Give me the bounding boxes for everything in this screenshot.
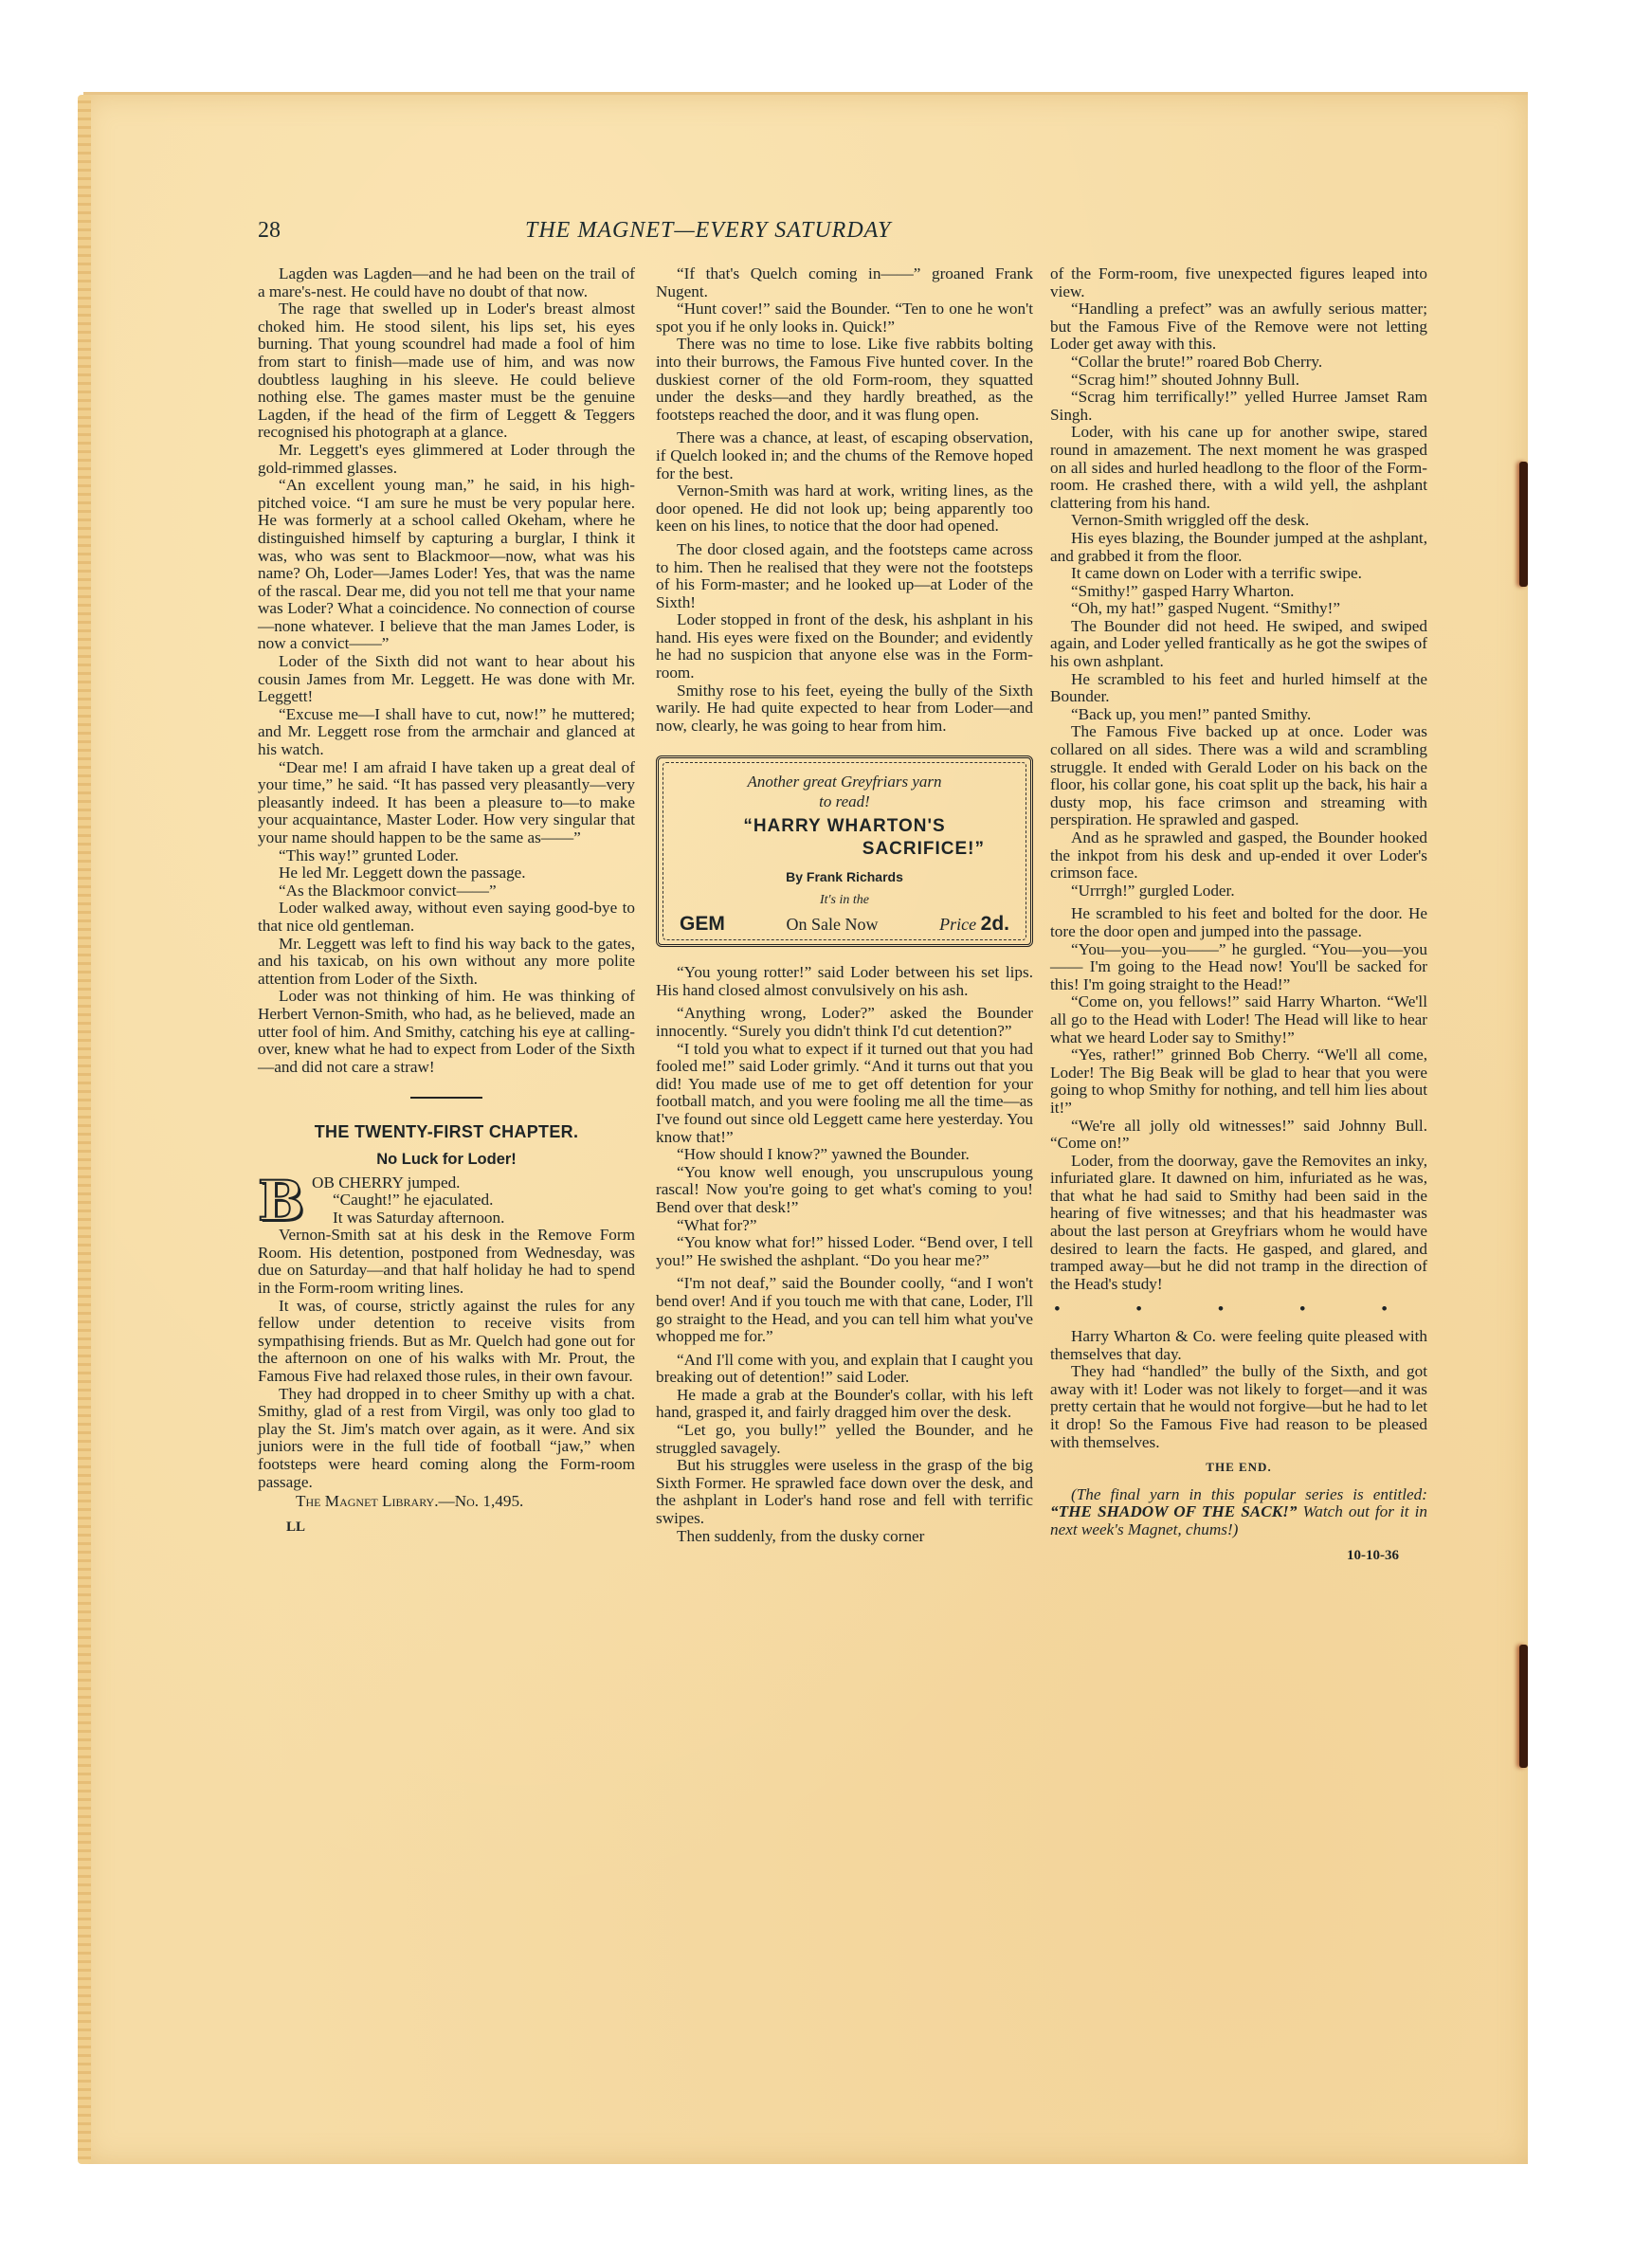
- page-header: 28 THE MAGNET—EVERY SATURDAY: [258, 218, 1429, 246]
- next-week-note: (The final yarn in this popular series i…: [1050, 1486, 1427, 1539]
- paragraph: of the Form-room, five unexpected figure…: [1050, 265, 1427, 300]
- paragraph: “Back up, you men!” panted Smithy.: [1050, 706, 1427, 724]
- paragraph: “If that's Quelch coming in——” groaned F…: [656, 265, 1033, 300]
- paragraph: The rage that swelled up in Loder's brea…: [258, 300, 635, 442]
- paragraph: “Caught!” he ejaculated.: [258, 1192, 635, 1210]
- paragraph: Smithy rose to his feet, eyeing the bull…: [656, 682, 1033, 736]
- paragraph: “Oh, my hat!” gasped Nugent. “Smithy!”: [1050, 600, 1427, 618]
- paragraph: They had dropped in to cheer Smithy up w…: [258, 1386, 635, 1492]
- paragraph: “Come on, you fellows!” said Harry Whart…: [1050, 993, 1427, 1046]
- paragraph: “You know well enough, you unscrupulous …: [656, 1164, 1033, 1217]
- paragraph: “An excellent young man,” he said, in hi…: [258, 477, 635, 653]
- paragraph: Mr. Leggett's eyes glimmered at Loder th…: [258, 442, 635, 477]
- paragraph: Loder walked away, without even saying g…: [258, 900, 635, 935]
- paragraph: There was a chance, at least, of escapin…: [656, 429, 1033, 482]
- issue-date-code: 10-10-36: [1050, 1547, 1427, 1565]
- ad-story-title: “HARRY WHARTON'S SACRIFICE!”: [676, 815, 1013, 861]
- paragraph: The Famous Five backed up at once. Loder…: [1050, 723, 1427, 829]
- paragraph: Then suddenly, from the dusky corner: [656, 1528, 1033, 1546]
- paragraph: “We're all jolly old witnesses!” said Jo…: [1050, 1118, 1427, 1153]
- paragraph: “What for?”: [656, 1217, 1033, 1235]
- paragraph: He scrambled to his feet and hurled hims…: [1050, 671, 1427, 706]
- ad-its-in: It's in the: [676, 892, 1013, 910]
- ad-publication: GEM: [680, 916, 725, 934]
- opening-line: OB CHERRY jumped.: [312, 1173, 460, 1192]
- paragraph: Lagden was Lagden—and he had been on the…: [258, 265, 635, 300]
- paragraph: His eyes blazing, the Bounder jumped at …: [1050, 530, 1427, 565]
- gem-advertisement-box: Another great Greyfriars yarn to read! “…: [656, 755, 1033, 947]
- paragraph: He led Mr. Leggett down the passage.: [258, 864, 635, 882]
- paragraph: And as he sprawled and gasped, the Bound…: [1050, 829, 1427, 882]
- staple-rust-mark-upper: [1519, 462, 1528, 587]
- paragraph: Vernon-Smith sat at his desk in the Remo…: [258, 1227, 635, 1297]
- paragraph: “I told you what to expect if it turned …: [656, 1041, 1033, 1147]
- paragraph: Harry Wharton & Co. were feeling quite p…: [1050, 1328, 1427, 1363]
- paragraph: It was, of course, strictly against the …: [258, 1298, 635, 1386]
- ad-on-sale: On Sale Now: [787, 916, 879, 934]
- paragraph: It came down on Loder with a terrific sw…: [1050, 565, 1427, 583]
- paragraph: “How should I know?” yawned the Bounder.: [656, 1146, 1033, 1164]
- paragraph: He made a grab at the Bounder's collar, …: [656, 1387, 1033, 1422]
- ad-tagline: Another great Greyfriars yarn: [676, 772, 1013, 791]
- page-number: 28: [258, 218, 281, 244]
- paragraph: “As the Blackmoor convict——”: [258, 882, 635, 901]
- chapter-divider-rule: [410, 1097, 482, 1099]
- paragraph: But his struggles were useless in the gr…: [656, 1457, 1033, 1527]
- paragraph: “Handling a prefect” was an awfully seri…: [1050, 300, 1427, 354]
- paragraph: It was Saturday afternoon.: [258, 1210, 635, 1228]
- paragraph: Vernon-Smith wriggled off the desk.: [1050, 512, 1427, 530]
- paragraph: The Bounder did not heed. He swiped, and…: [1050, 618, 1427, 671]
- paragraph: “Collar the brute!” roared Bob Cherry.: [1050, 354, 1427, 372]
- column-3: of the Form-room, five unexpected figure…: [1050, 265, 1427, 1564]
- library-issue-footer: The Magnet Library.—No. 1,495.: [258, 1493, 635, 1511]
- printer-code: LL: [258, 1519, 635, 1537]
- chapter-subtitle: No Luck for Loder!: [258, 1151, 635, 1169]
- paragraph: “Scrag him!” shouted Johnny Bull.: [1050, 372, 1427, 390]
- paragraph: “Scrag him terrifically!” yelled Hurree …: [1050, 389, 1427, 424]
- section-break-dots: • • • • •: [1050, 1301, 1427, 1319]
- chapter-title: THE TWENTY-FIRST CHAPTER.: [258, 1123, 635, 1141]
- paragraph: “Yes, rather!” grinned Bob Cherry. “We'l…: [1050, 1046, 1427, 1117]
- paragraph: “Urrrgh!” gurgled Loder.: [1050, 882, 1427, 901]
- paragraph: “Excuse me—I shall have to cut, now!” he…: [258, 706, 635, 759]
- drop-cap-letter: B: [258, 1176, 304, 1226]
- paragraph: “This way!” grunted Loder.: [258, 847, 635, 865]
- paragraph: “Anything wrong, Loder?” asked the Bound…: [656, 1005, 1033, 1040]
- masthead: THE MAGNET—EVERY SATURDAY: [525, 218, 891, 244]
- paragraph: “You young rotter!” said Loder between h…: [656, 964, 1033, 999]
- staple-rust-mark-lower: [1519, 1645, 1528, 1768]
- paragraph: The door closed again, and the footsteps…: [656, 541, 1033, 611]
- ad-tagline-2: to read!: [676, 791, 1013, 811]
- paragraph: He scrambled to his feet and bolted for …: [1050, 905, 1427, 940]
- paragraph: “Hunt cover!” said the Bounder. “Ten to …: [656, 300, 1033, 336]
- paragraph: There was no time to lose. Like five rab…: [656, 336, 1033, 424]
- the-end-label: THE END.: [1050, 1459, 1427, 1477]
- column-2: “If that's Quelch coming in——” groaned F…: [656, 265, 1033, 1545]
- column-1: Lagden was Lagden—and he had been on the…: [258, 265, 635, 1536]
- ad-sale-line: GEM On Sale Now Price 2d.: [676, 916, 1013, 934]
- paragraph: “You know what for!” hissed Loder. “Bend…: [656, 1234, 1033, 1269]
- paragraph: Loder, with his cane up for another swip…: [1050, 424, 1427, 512]
- paragraph: “And I'll come with you, and explain tha…: [656, 1352, 1033, 1387]
- paragraph: Loder, from the doorway, gave the Removi…: [1050, 1153, 1427, 1294]
- paragraph: “You—you—you——” he gurgled. “You—you—you…: [1050, 941, 1427, 994]
- paragraph: Mr. Leggett was left to find his way bac…: [258, 936, 635, 989]
- paragraph: Loder was not thinking of him. He was th…: [258, 988, 635, 1076]
- ad-price: Price 2d.: [939, 916, 1009, 934]
- paragraph: Vernon-Smith was hard at work, writing l…: [656, 482, 1033, 536]
- chapter-opening: B OB CHERRY jumped.: [258, 1174, 635, 1192]
- ad-author: By Frank Richards: [676, 868, 1013, 886]
- paragraph: Loder stopped in front of the desk, his …: [656, 611, 1033, 682]
- paragraph: “Dear me! I am afraid I have taken up a …: [258, 759, 635, 847]
- paragraph: They had “handled” the bully of the Sixt…: [1050, 1363, 1427, 1451]
- paragraph: “Let go, you bully!” yelled the Bounder,…: [656, 1422, 1033, 1457]
- paragraph: “I'm not deaf,” said the Bounder coolly,…: [656, 1275, 1033, 1345]
- paragraph: Loder of the Sixth did not want to hear …: [258, 653, 635, 706]
- paragraph: “Smithy!” gasped Harry Wharton.: [1050, 583, 1427, 601]
